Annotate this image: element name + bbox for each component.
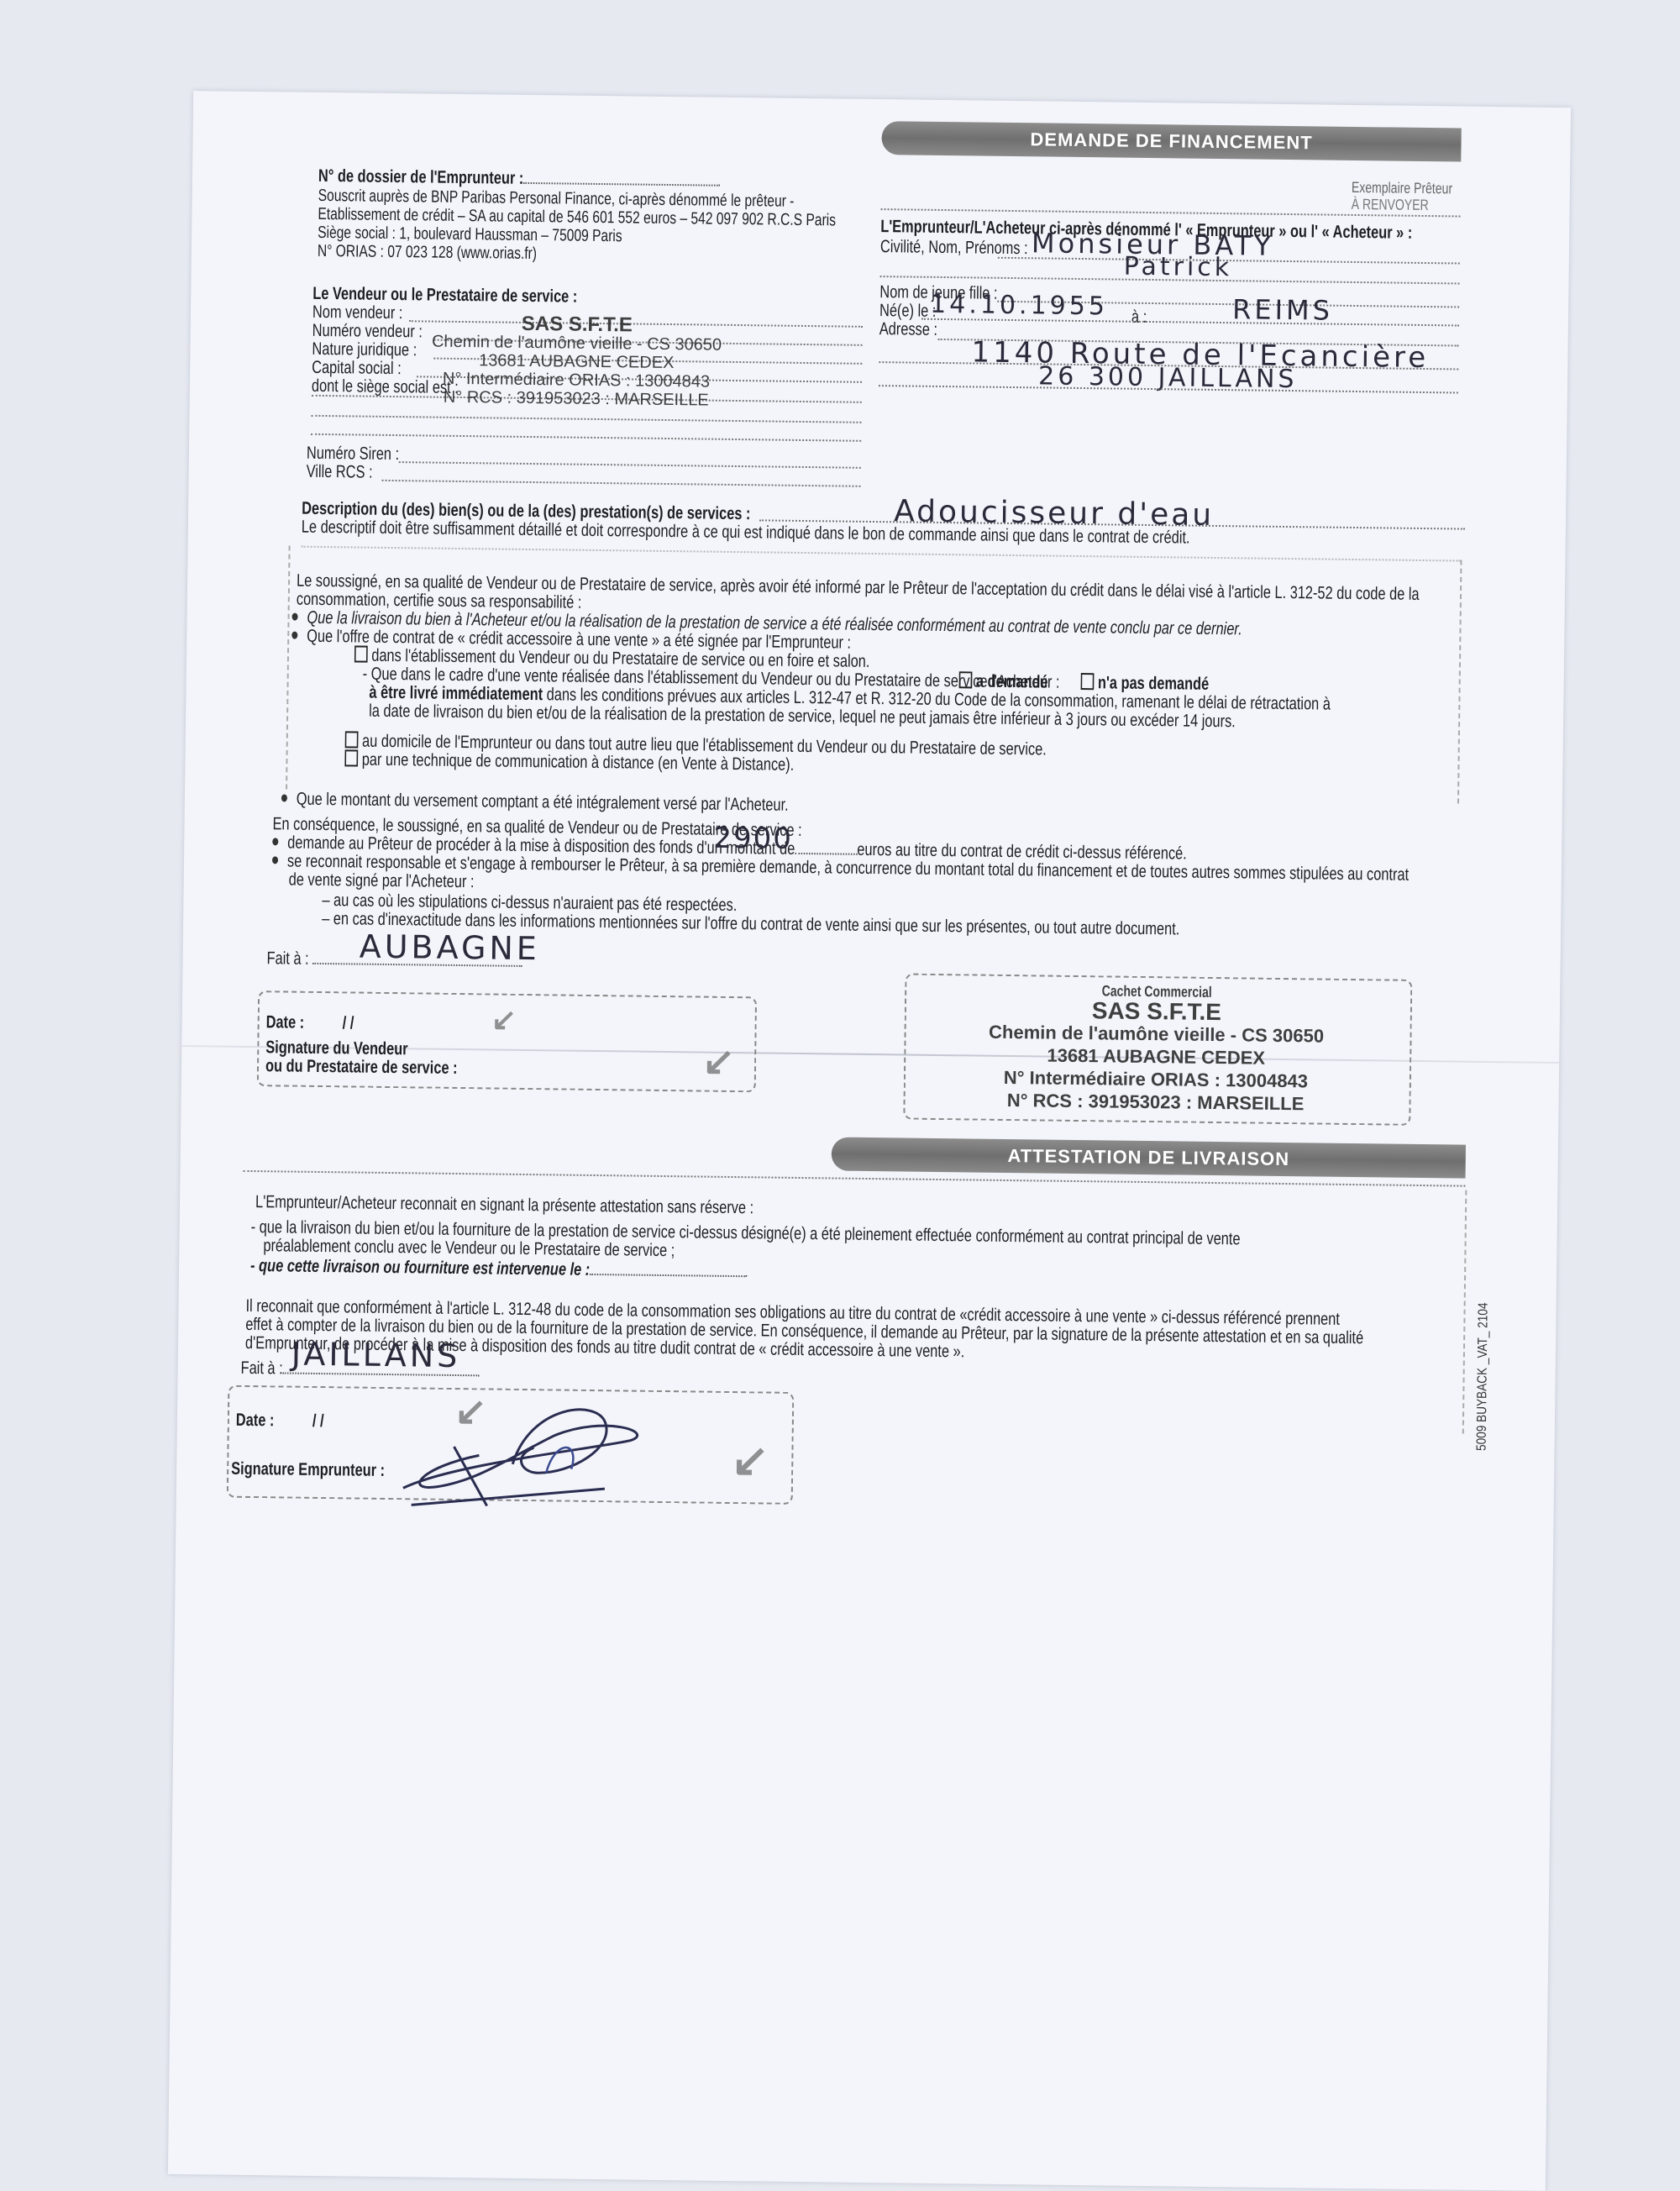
address-label: Adresse : bbox=[879, 319, 937, 340]
sign-here-arrow-icon: ↙ bbox=[702, 1038, 735, 1084]
copy-label: Exemplaire Prêteur bbox=[1352, 179, 1452, 197]
liability-2: de vente signé par l'Acheteur : bbox=[289, 870, 475, 893]
sign-here-arrow-icon: ↙ bbox=[491, 1001, 517, 1037]
seller-stamp-line: N° RCS : 391953023 : MARSEILLE bbox=[400, 387, 753, 410]
return-label: À RENVOYER bbox=[1352, 196, 1429, 214]
seller-signature-label-2: ou du Prestataire de service : bbox=[265, 1056, 458, 1079]
delivery-intro: L'Emprunteur/Acheteur reconnait en signa… bbox=[255, 1192, 753, 1218]
checkbox-establishment[interactable] bbox=[354, 645, 368, 662]
birth-date-value[interactable]: 14.10.1955 bbox=[930, 290, 1108, 322]
side-reference: 5009 BUYBACK _VAT_ 2104 bbox=[1475, 1302, 1492, 1451]
checkbox-distance[interactable] bbox=[344, 749, 358, 766]
borrower-name-label: Civilité, Nom, Prénoms : bbox=[880, 237, 1028, 259]
lender-line-4: N° ORIAS : 07 023 128 (www.orias.fr) bbox=[318, 242, 537, 263]
bullet-icon bbox=[292, 613, 298, 621]
certification-bullet-3: Que le montant du versement comptant a é… bbox=[281, 789, 789, 815]
borrower-signature-label: Signature Emprunteur : bbox=[231, 1459, 385, 1481]
birth-place-label: à : bbox=[1131, 307, 1147, 328]
made-at-value-seller[interactable]: AUBAGNE bbox=[360, 928, 541, 968]
borrower-signature-scribble bbox=[386, 1387, 665, 1516]
bullet-icon bbox=[291, 632, 297, 639]
bullet-icon bbox=[272, 838, 278, 845]
bullet-icon bbox=[281, 794, 287, 801]
delivery-banner: ATTESTATION DE LIVRAISON bbox=[832, 1137, 1466, 1178]
checkbox-not-asked[interactable] bbox=[1081, 673, 1095, 690]
seller-stamp: SAS S.F.T.E Chemin de l'aumône vieille -… bbox=[400, 313, 753, 410]
delivery-date-field[interactable] bbox=[590, 1274, 747, 1277]
header-banner-title: DEMANDE DE FINANCEMENT bbox=[1030, 129, 1312, 154]
checkbox-home[interactable] bbox=[345, 731, 359, 748]
sign-here-arrow-icon: ↙ bbox=[731, 1433, 769, 1487]
borrower-date-label: Date : / / bbox=[236, 1411, 324, 1432]
header-banner: DEMANDE DE FINANCEMENT bbox=[881, 121, 1461, 161]
borrower-first-name[interactable]: Patrick bbox=[1124, 252, 1233, 283]
checkbox-asked[interactable] bbox=[959, 671, 973, 688]
made-at-value-borrower[interactable]: JAILLANS bbox=[291, 1336, 461, 1374]
seller-date-label: Date : / / bbox=[266, 1012, 354, 1033]
financing-form-paper: DEMANDE DE FINANCEMENT Exemplaire Prêteu… bbox=[168, 91, 1571, 2191]
delivery-banner-title: ATTESTATION DE LIVRAISON bbox=[1007, 1145, 1289, 1170]
amount-value[interactable]: 2900 bbox=[713, 822, 793, 856]
rcs-city-label: Ville RCS : bbox=[307, 462, 373, 483]
bullet-icon bbox=[272, 856, 278, 864]
dossier-field[interactable] bbox=[523, 182, 720, 187]
option-distance[interactable]: par une technique de communication à dis… bbox=[344, 749, 794, 775]
commercial-stamp: Cachet Commercial SAS S.F.T.E Chemin de … bbox=[920, 980, 1392, 1117]
